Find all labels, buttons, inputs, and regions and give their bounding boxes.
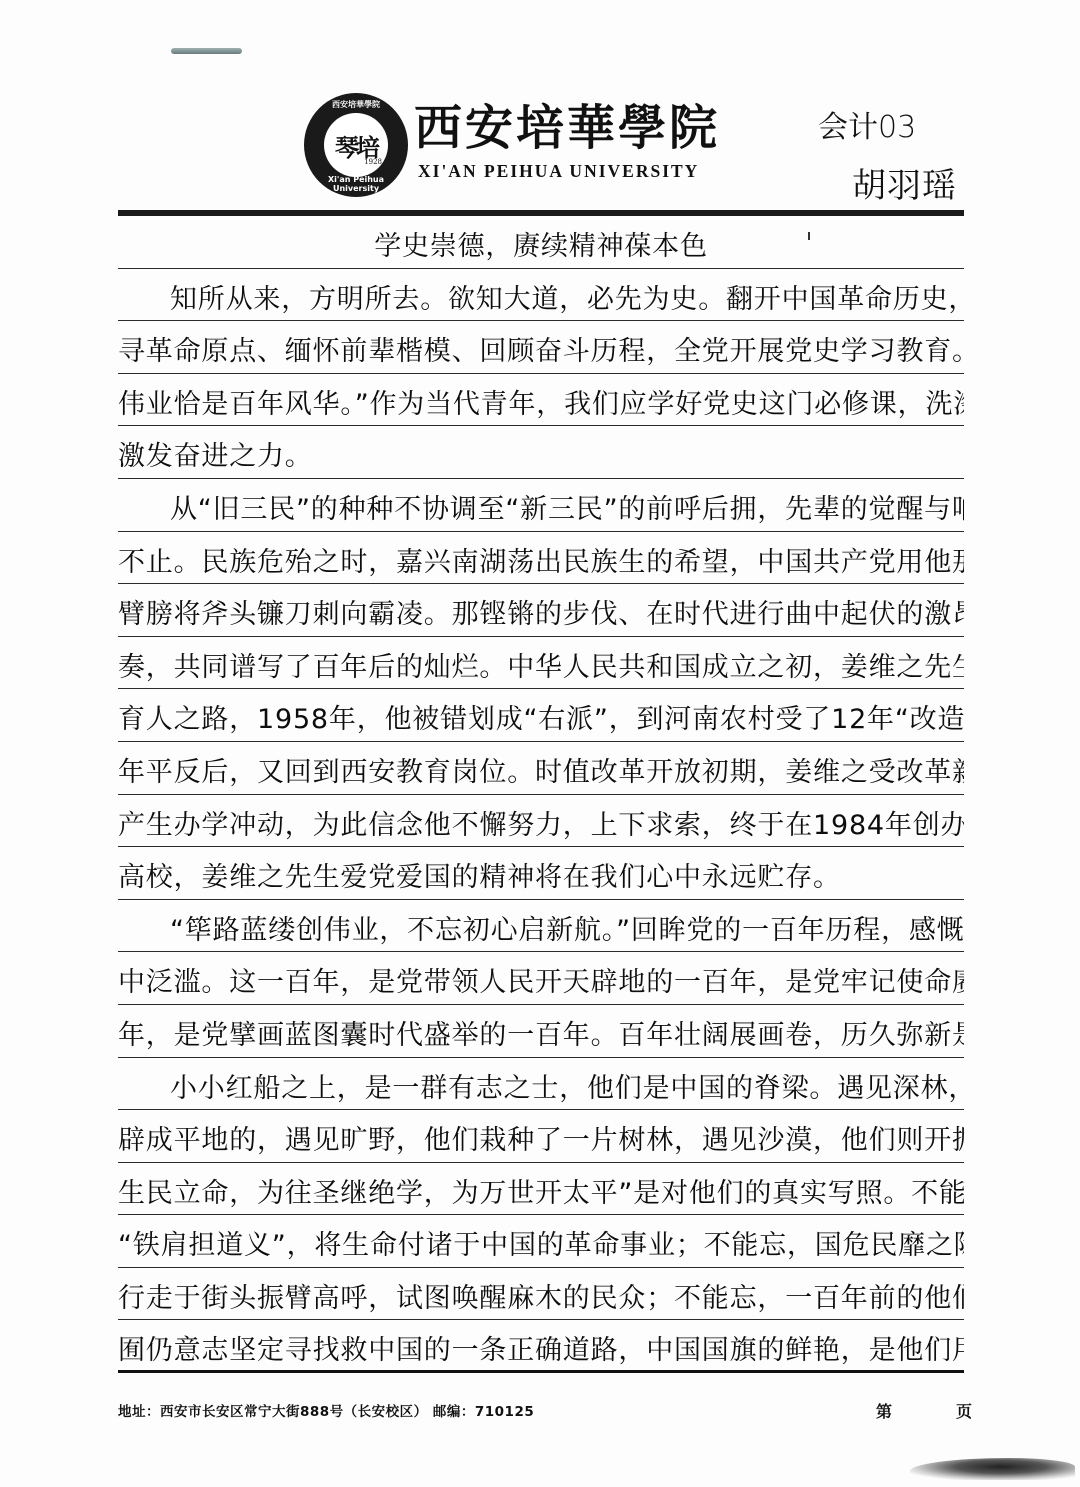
ink-wash-decoration: [910, 1458, 1075, 1480]
essay-title: 学史崇德，赓续精神葆本色: [118, 216, 964, 269]
author-name: 胡羽瑶: [852, 158, 957, 207]
essay-line: 激发奋进之力。: [118, 426, 964, 479]
logo-ring-top-text: 西安培華學院: [304, 99, 408, 110]
footer-address: 地址：西安市长安区常宁大街888号（长安校区） 邮编：710125: [118, 1400, 534, 1420]
essay-line: 不止。民族危殆之时，嘉兴南湖荡出民族生的希望，中国共产党用他那强壮且有力的: [118, 532, 964, 585]
letterhead: 西安培華學院 琴培 1928 Xi'an Peihua University 西…: [0, 0, 1080, 220]
essay-line: “筚路蓝缕创伟业，不忘初心启新航。”回眸党的一百年历程，感慨在心: [118, 900, 964, 953]
page-number-suffix: 页: [956, 1399, 972, 1422]
essay-line: 育人之路，1958年，他被错划成“右派”，到河南农村受了12年“改造”之苦，19…: [118, 689, 964, 742]
university-name-chinese: 西安培華學院: [414, 100, 720, 156]
university-name-english: XI'AN PEIHUA UNIVERSITY: [418, 161, 699, 182]
essay-line: 中泛滥。这一百年，是党带领人民开天辟地的一百年，是党牢记使命赓续奋斗的一百: [118, 952, 964, 1005]
essay-line: 小小红船之上，是一群有志之士，他们是中国的脊梁。遇见深林，他们便将之: [118, 1058, 964, 1111]
essay-line: 年，是党擘画蓝图囊时代盛举的一百年。百年壮阔展画卷，历久弥新是初心。: [118, 1005, 964, 1058]
essay-line: 寻革命原点、缅怀前辈楷模、回顾奋斗历程，全党开展党史学习教育。“胸怀千秋: [118, 321, 964, 374]
essay-line: 高校，姜维之先生爱党爱国的精神将在我们心中永远贮存。: [118, 847, 964, 900]
author-class: 会计03: [818, 102, 916, 146]
logo-emblem: 琴培 1928: [324, 113, 388, 177]
logo-ring-bottom-text: Xi'an Peihua University: [304, 175, 408, 193]
essay-line: 知所从来，方明所去。欲知大道，必先为史。翻开中国革命历史，我们追: [118, 269, 964, 322]
logo-year: 1928: [364, 158, 382, 166]
essay-line: 行走于街头振臂高呼，试图唤醒麻木的民众；不能忘，一百年前的他们深陷困: [118, 1268, 964, 1321]
ruled-essay-sheet: 学史崇德，赓续精神葆本色 知所从来，方明所去。欲知大道，必先为史。翻开中国革命历…: [118, 216, 964, 1373]
essay-line: 年平反后，又回到西安教育岗位。时值改革开放初期，姜维之受改革新思潮影响: [118, 742, 964, 795]
page-footer: 地址：西安市长安区常宁大街888号（长安校区） 邮编：710125 第 页: [118, 1395, 964, 1425]
page-number-prefix: 第: [876, 1399, 892, 1422]
university-logo: 西安培華學院 琴培 1928 Xi'an Peihua University: [304, 93, 408, 197]
essay-line: “铁肩担道义”，将生命付诸于中国的革命事业；不能忘，国危民靡之际，一群青年: [118, 1215, 964, 1268]
essay-line: 生民立命，为往圣继绝学，为万世开太平”是对他们的真实写照。不能忘，李大钊先生: [118, 1163, 964, 1216]
essay-line: 从“旧三民”的种种不协调至“新三民”的前呼后拥，先辈的觉醒与呐喊更迭: [118, 479, 964, 532]
essay-line: 囿仍意志坚定寻找救中国的一条正确道路，中国国旗的鲜艳，是他们用血浸染的。: [118, 1320, 964, 1373]
essay-line: 奏，共同谱写了百年后的灿烂。中华人民共和国成立之初，姜维之先生便走上了教书: [118, 637, 964, 690]
essay-line: 产生办学冲动，为此信念他不懈努力，上下求索，终于在1984年创办了中国第一家民办: [118, 795, 964, 848]
essay-line: 辟成平地的，遇见旷野，他们栽种了一片树林，遇见沙漠，他们则开掘井泉。“为: [118, 1110, 964, 1163]
essay-line: 臂膀将斧头镰刀刺向霸凌。那铿锵的步伐、在时代进行曲中起伏的激昂节: [118, 584, 964, 637]
essay-line: 伟业恰是百年风华。”作为当代青年，我们应学好党史这门必修课，洗涤心灵之尘，: [118, 374, 964, 427]
